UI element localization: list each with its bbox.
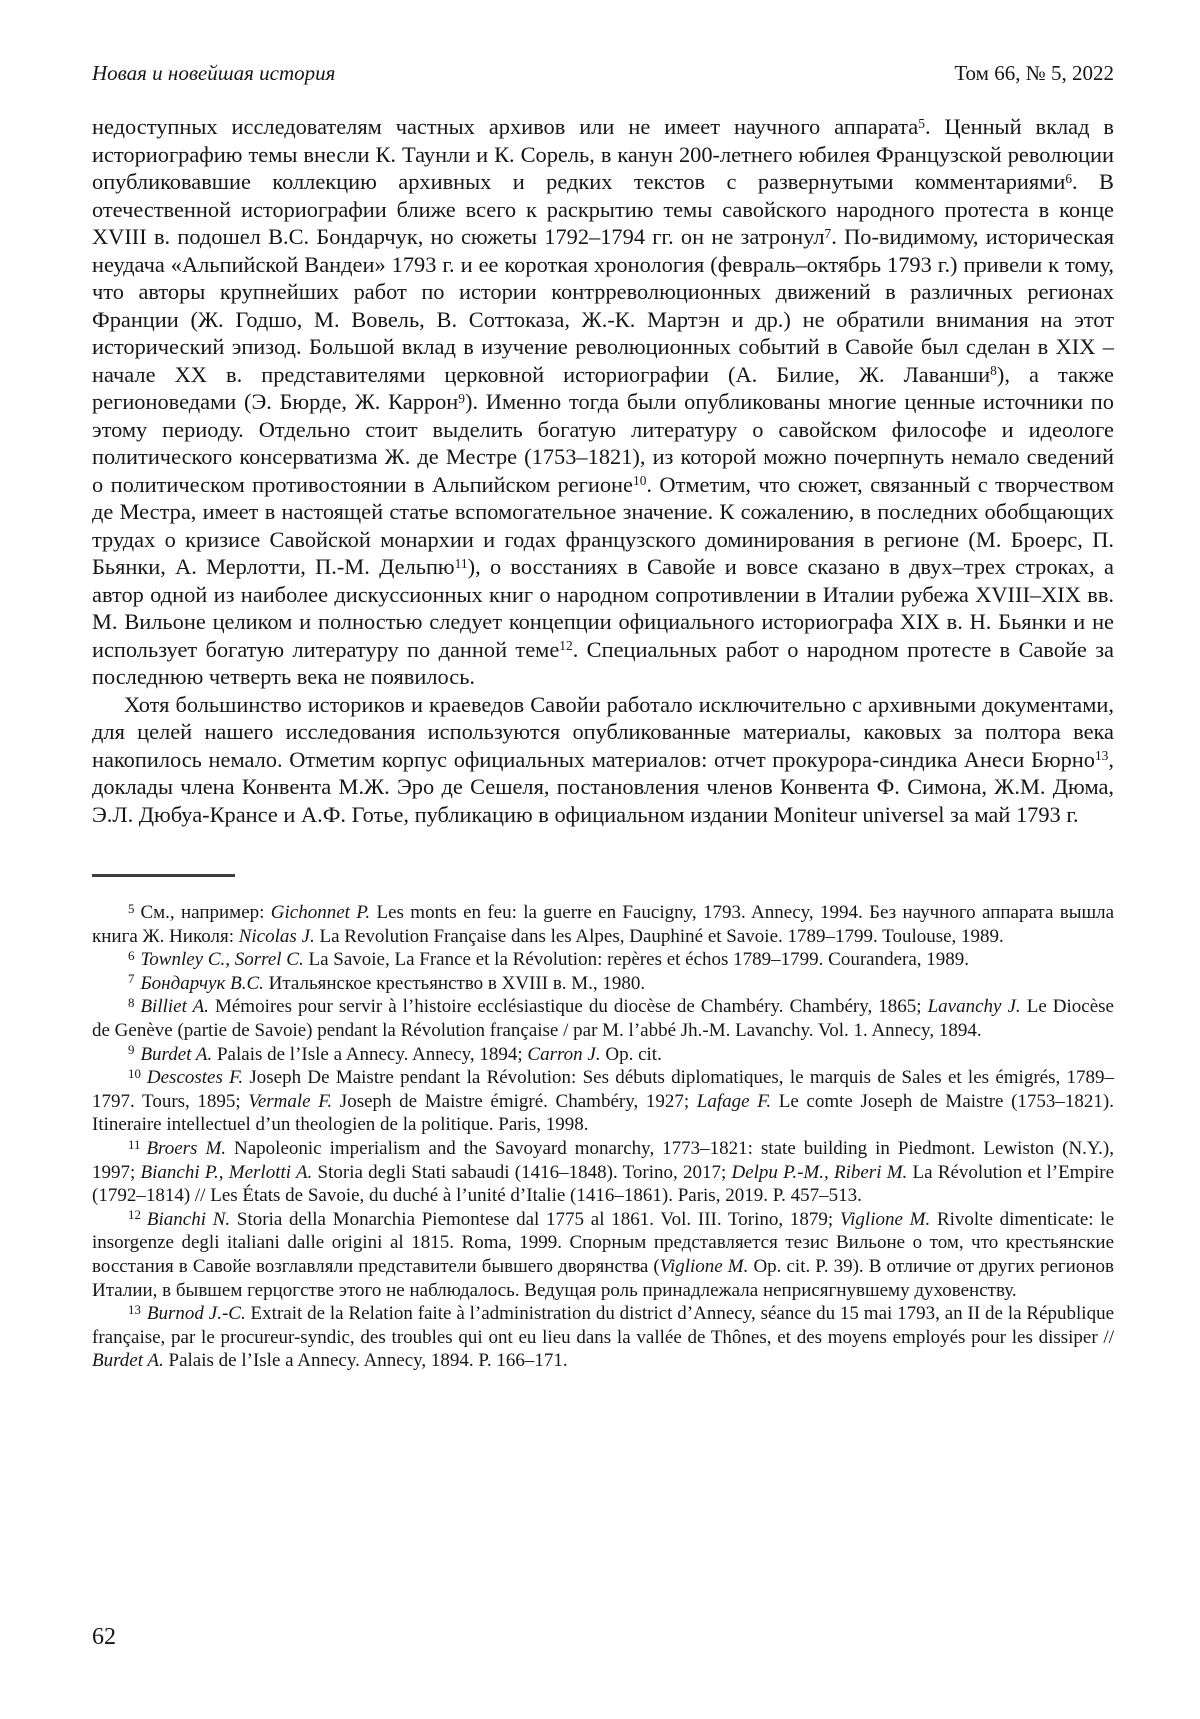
footnote-number: 5: [128, 901, 134, 916]
cited-author: Burdet A.: [92, 1350, 164, 1371]
text-run: Palais de l’Isle a Annecy. Annecy, 1894;: [212, 1044, 527, 1065]
cited-author: Broers M.: [146, 1138, 226, 1159]
text-run: недоступных исследователям частных архив…: [92, 114, 918, 139]
cited-author: Bianchi N.: [147, 1209, 230, 1230]
running-head: Новая и новейшая история Том 66, № 5, 20…: [92, 60, 1114, 86]
text-run: La Revolution Française dans les Alpes, …: [315, 926, 1004, 947]
footnote-number: 11: [128, 1137, 140, 1152]
footnote-ref: 9: [458, 391, 465, 406]
cited-author: Gichonnet P.: [271, 902, 370, 923]
footnote: 11Broers M. Napoleonic imperialism and t…: [92, 1137, 1114, 1208]
cited-author: Descostes F.: [147, 1067, 243, 1088]
footnote-number: 6: [128, 948, 134, 963]
text-run: Storia degli Stati sabaudi (1416–1848). …: [312, 1162, 731, 1183]
issue-info: Том 66, № 5, 2022: [954, 60, 1114, 86]
text-run: Palais de l’Isle a Annecy. Annecy, 1894.…: [164, 1350, 568, 1371]
cited-author: Townley C., Sorrel C.: [140, 949, 303, 970]
footnote-number: 12: [128, 1207, 141, 1222]
footnote-number: 10: [128, 1066, 141, 1081]
footnote-ref: 12: [559, 638, 572, 653]
cited-author: Бондарчук В.С.: [140, 973, 263, 994]
body-paragraph: Хотя большинство историков и краеведов С…: [92, 691, 1114, 829]
footnote-ref: 10: [633, 473, 646, 488]
text-run: La Savoie, La France et la Révolution: r…: [304, 949, 969, 970]
cited-author: Billiet A.: [140, 996, 208, 1017]
footnote-ref: 11: [455, 556, 468, 571]
footnotes: 5См., например: Gichonnet P. Les monts e…: [92, 901, 1114, 1373]
footnote-ref: 6: [1065, 171, 1072, 186]
footnote-number: 8: [128, 995, 134, 1010]
footnote: 12Bianchi N. Storia della Monarchia Piem…: [92, 1208, 1114, 1302]
footnote-ref: 7: [825, 226, 832, 241]
text-run: Хотя большинство историков и краеведов С…: [92, 692, 1114, 772]
footnote: 7Бондарчук В.С. Итальянское крестьянство…: [92, 972, 1114, 996]
footnote-number: 9: [128, 1042, 134, 1057]
footnote-number: 13: [128, 1302, 141, 1317]
cited-author: Vermale F.: [248, 1091, 332, 1112]
page-number: 62: [92, 1622, 116, 1652]
cited-author: Lafage F.: [697, 1091, 771, 1112]
footnote-ref: 13: [1095, 748, 1108, 763]
page-content: Новая и новейшая история Том 66, № 5, 20…: [92, 60, 1114, 1373]
footnote: 8Billiet A. Mémoires pour servir à l’his…: [92, 995, 1114, 1042]
cited-author: Viglione M.: [840, 1209, 930, 1230]
cited-author: Carron J.: [527, 1044, 600, 1065]
article-body: недоступных исследователям частных архив…: [92, 113, 1114, 828]
cited-author: Lavanchy J.: [928, 996, 1021, 1017]
journal-page: Новая и новейшая история Том 66, № 5, 20…: [0, 0, 1200, 1719]
cited-author: Bianchi P., Merlotti A.: [141, 1162, 313, 1183]
footnote-number: 7: [128, 971, 134, 986]
footnote: 5См., например: Gichonnet P. Les monts e…: [92, 901, 1114, 948]
cited-author: Viglione M.: [660, 1256, 749, 1277]
cited-author: Burnod J.-C.: [147, 1303, 246, 1324]
journal-title: Новая и новейшая история: [92, 60, 335, 86]
body-paragraph: недоступных исследователям частных архив…: [92, 113, 1114, 691]
cited-author: Nicolas J.: [239, 926, 315, 947]
text-run: Extrait de la Relation faite à l’adminis…: [92, 1303, 1114, 1348]
text-run: См., например:: [140, 902, 270, 923]
text-run: Storia della Monarchia Piemontese dal 17…: [230, 1209, 840, 1230]
footnote: 6Townley C., Sorrel C. La Savoie, La Fra…: [92, 948, 1114, 972]
text-run: Итальянское крестьянство в XVIII в. М., …: [264, 973, 645, 994]
cited-author: Delpu P.-M., Riberi M.: [732, 1162, 908, 1183]
cited-author: Burdet A.: [140, 1044, 212, 1065]
footnote-separator: [92, 874, 235, 877]
footnote-ref: 5: [918, 116, 925, 131]
text-run: Mémoires pour servir à l’histoire ecclés…: [209, 996, 928, 1017]
footnote: 13Burnod J.-C. Extrait de la Relation fa…: [92, 1302, 1114, 1373]
footnote-ref: 8: [990, 363, 997, 378]
text-run: Joseph de Maistre émigré. Chambéry, 1927…: [332, 1091, 697, 1112]
footnote: 9Burdet A. Palais de l’Isle a Annecy. An…: [92, 1043, 1114, 1067]
footnote: 10Descostes F. Joseph De Maistre pendant…: [92, 1066, 1114, 1137]
text-run: Op. cit.: [601, 1044, 662, 1065]
